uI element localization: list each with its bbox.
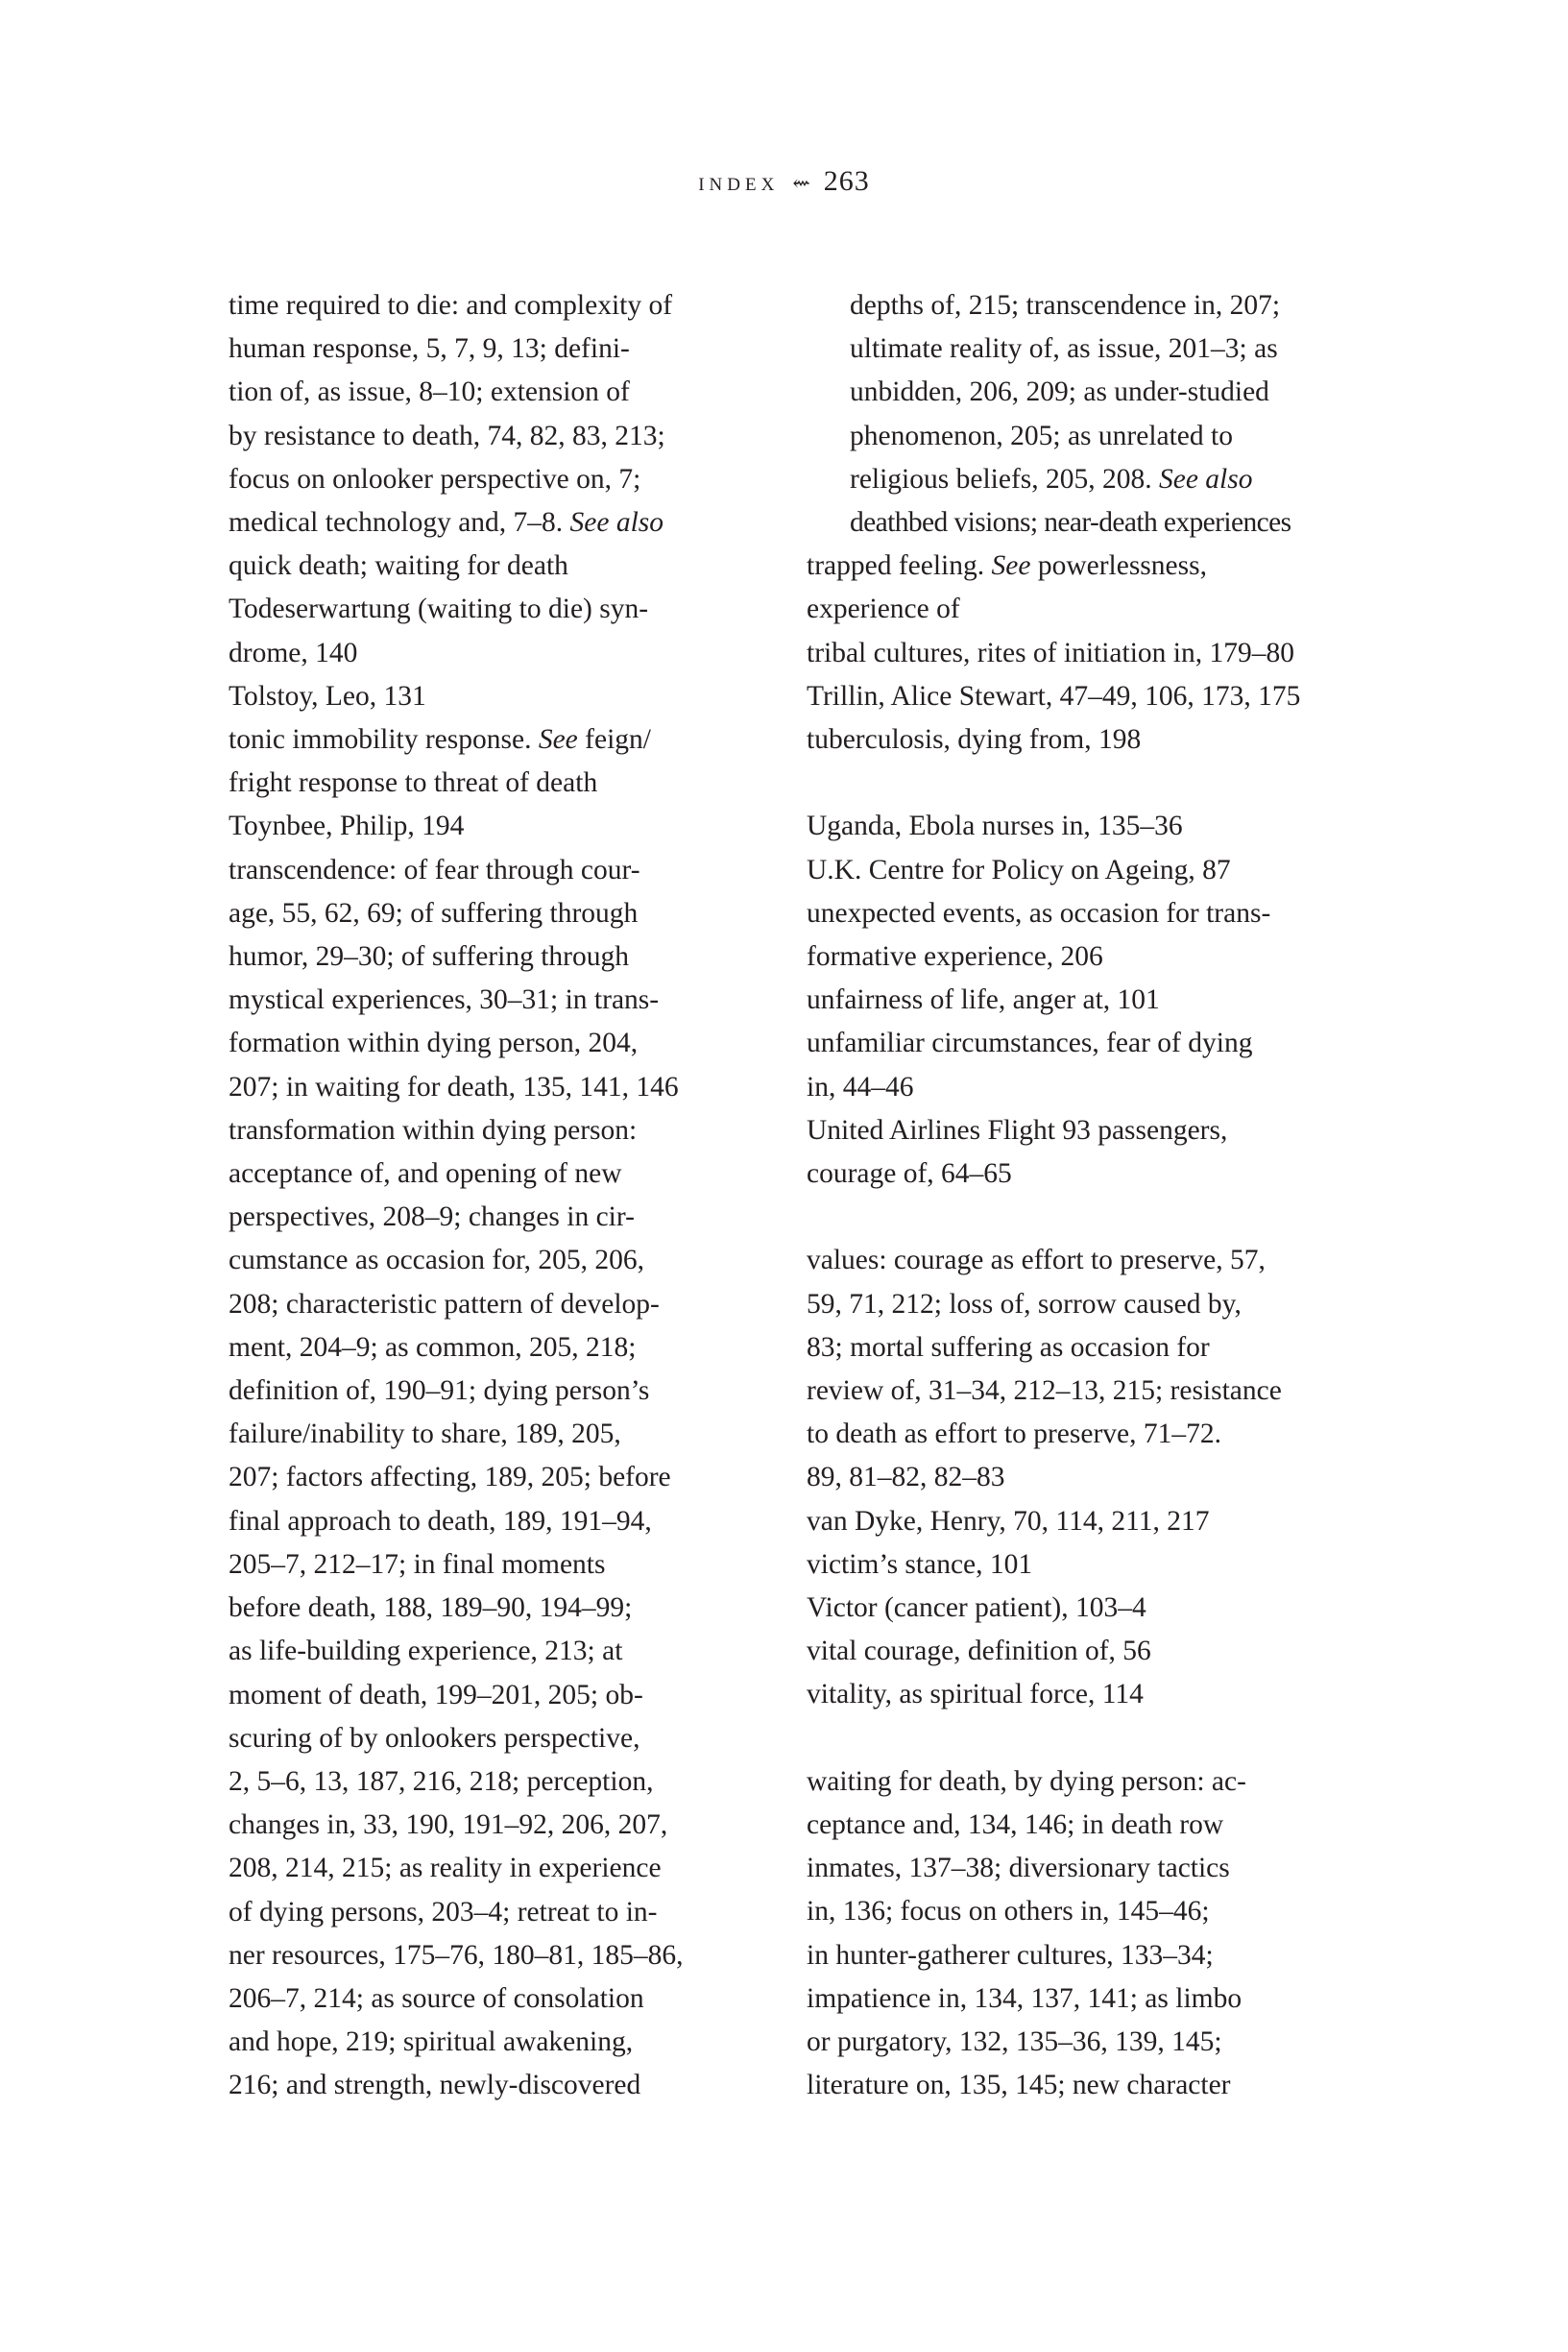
index-entry-transformation: transformation within dying person: acce… <box>229 1109 776 2108</box>
index-entry-unfairness: unfairness of life, anger at, 101 <box>807 979 1354 1022</box>
index-entry-toynbee: Toynbee, Philip, 194 <box>229 805 776 848</box>
letter-group-divider <box>807 762 1354 805</box>
index-entry-united-airlines: United Airlines Flight 93 passengers, co… <box>807 1109 1354 1196</box>
index-entry-victims-stance: victim’s stance, 101 <box>807 1543 1354 1587</box>
see-cross-reference: See <box>992 550 1031 581</box>
index-entry-waiting-for-death: waiting for death, by dying person: ac- … <box>807 1760 1354 2108</box>
index-entry-tonic-immobility: tonic immobility response. See feign/ fr… <box>229 718 776 805</box>
index-entry-unfamiliar-circumstances: unfamiliar circumstances, fear of dying … <box>807 1022 1354 1108</box>
index-entry-todeserwartung: Todeserwartung (waiting to die) syn- dro… <box>229 588 776 674</box>
index-column-right: depths of, 215; transcendence in, 207; u… <box>807 284 1354 2107</box>
index-entry-vital-courage: vital courage, definition of, 56 <box>807 1630 1354 1673</box>
arrow-ornament-icon: ⇜ <box>792 171 809 196</box>
index-entry-tolstoy: Tolstoy, Leo, 131 <box>229 675 776 718</box>
index-entry-uk-centre: U.K. Centre for Policy on Ageing, 87 <box>807 849 1354 892</box>
index-entry-values: values: courage as effort to preserve, 5… <box>807 1239 1354 1499</box>
index-entry-tuberculosis: tuberculosis, dying from, 198 <box>807 718 1354 762</box>
running-head-label: INDEX <box>698 167 779 196</box>
running-head: INDEX⇜263 <box>0 165 1568 198</box>
page-number: 263 <box>824 165 870 197</box>
index-entry-unexpected-events: unexpected events, as occasion for trans… <box>807 892 1354 979</box>
index-entry-uganda: Uganda, Ebola nurses in, 135–36 <box>807 805 1354 848</box>
see-cross-reference: See <box>539 724 578 755</box>
letter-group-divider <box>807 1717 1354 1760</box>
index-entry-time-required-to-die: time required to die: and complexity of … <box>229 284 776 588</box>
see-also-cross-reference: See also <box>570 507 664 538</box>
index-entry-victor: Victor (cancer patient), 103–4 <box>807 1587 1354 1630</box>
see-also-cross-reference: See also <box>1159 464 1253 495</box>
letter-group-divider <box>807 1196 1354 1239</box>
index-entry-trapped-feeling: trapped feeling. See powerlessness, expe… <box>807 545 1354 631</box>
index-entry-tribal-cultures: tribal cultures, rites of initiation in,… <box>807 632 1354 675</box>
index-entry-continuation: depths of, 215; transcendence in, 207; u… <box>807 284 1354 545</box>
index-entry-van-dyke: van Dyke, Henry, 70, 114, 211, 217 <box>807 1500 1354 1543</box>
index-entry-trillin: Trillin, Alice Stewart, 47–49, 106, 173,… <box>807 675 1354 718</box>
index-entry-vitality: vitality, as spiritual force, 114 <box>807 1673 1354 1716</box>
index-entry-transcendence: transcendence: of fear through cour- age… <box>229 849 776 1109</box>
index-column-left: time required to die: and complexity of … <box>229 284 776 2108</box>
